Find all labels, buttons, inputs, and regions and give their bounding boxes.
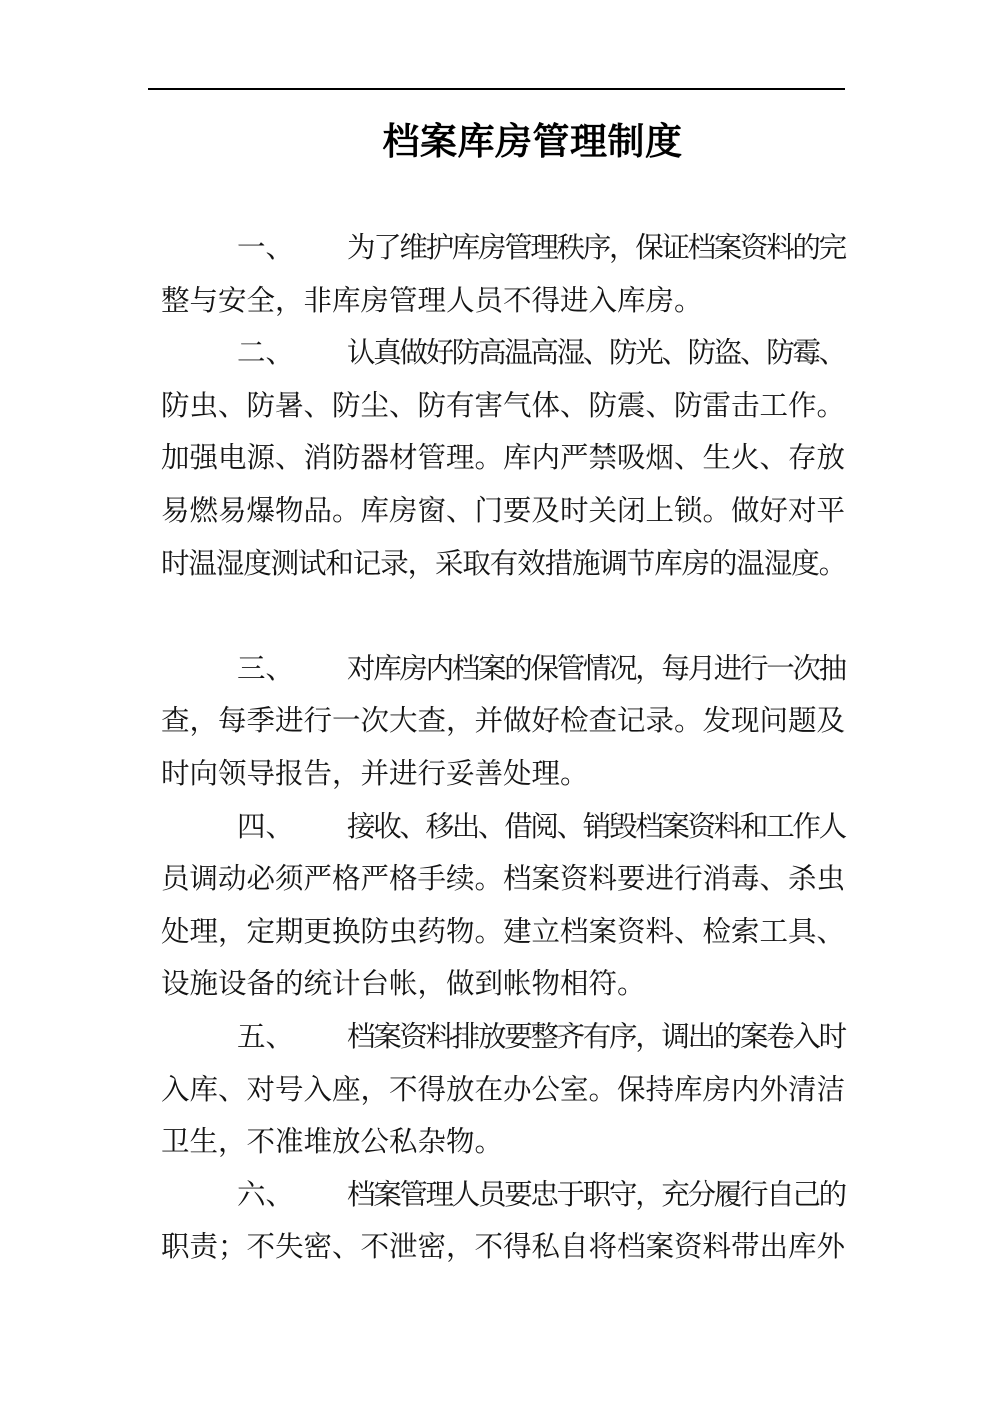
body-line: 五、档案资料排放要整齐有序，调出的案卷入时 xyxy=(161,1012,845,1065)
list-number: 三、 xyxy=(237,644,347,697)
body-line: 设施设备的统计台帐，做到帐物相符。 xyxy=(161,959,845,1012)
paragraph-4: 四、接收、移出、借阅、销毁档案资料和工作人 员调动必须严格严格手续。档案资料要进… xyxy=(161,802,845,1012)
body-line: 整与安全，非库房管理人员不得进入库房。 xyxy=(161,276,845,329)
body-line: 加强电源、消防器材管理。库内严禁吸烟、生火、存放 xyxy=(161,433,845,486)
first-line-text: 接收、移出、借阅、销毁档案资料和工作人 xyxy=(347,812,845,843)
body-line: 时向领导报告，并进行妥善处理。 xyxy=(161,749,845,802)
header-rule xyxy=(148,88,845,90)
body-line: 时温湿度测试和记录，采取有效措施调节库房的温湿度。 xyxy=(161,539,845,592)
paragraph-1: 一、为了维护库房管理秩序，保证档案资料的完 整与安全，非库房管理人员不得进入库房… xyxy=(161,223,845,328)
empty-line xyxy=(161,591,845,644)
paragraph-3: 三、对库房内档案的保管情况，每月进行一次抽 查，每季进行一次大查，并做好检查记录… xyxy=(161,644,845,802)
body-line: 卫生，不准堆放公私杂物。 xyxy=(161,1117,845,1170)
list-number: 二、 xyxy=(237,328,347,381)
first-line-text: 为了维护库房管理秩序，保证档案资料的完 xyxy=(347,233,845,264)
paragraph-2: 二、认真做好防高温高湿、防光、防盗、防霉、 防虫、防暑、防尘、防有害气体、防震、… xyxy=(161,328,845,591)
paragraph-5: 五、档案资料排放要整齐有序，调出的案卷入时 入库、对号入座，不得放在办公室。保持… xyxy=(161,1012,845,1170)
body-line: 六、档案管理人员要忠于职守，充分履行自己的 xyxy=(161,1170,845,1223)
body-line: 三、对库房内档案的保管情况，每月进行一次抽 xyxy=(161,644,845,697)
body-line: 防虫、防暑、防尘、防有害气体、防震、防雷击工作。 xyxy=(161,381,845,434)
body-line: 查，每季进行一次大查，并做好检查记录。发现问题及 xyxy=(161,696,845,749)
first-line-text: 对库房内档案的保管情况，每月进行一次抽 xyxy=(347,654,845,685)
document-page: 档案库房管理制度 一、为了维护库房管理秩序，保证档案资料的完 整与安全，非库房管… xyxy=(0,0,993,1404)
first-line-text: 档案管理人员要忠于职守，充分履行自己的 xyxy=(347,1180,845,1211)
list-number: 六、 xyxy=(237,1170,347,1223)
body-line: 四、接收、移出、借阅、销毁档案资料和工作人 xyxy=(161,802,845,855)
document-body: 一、为了维护库房管理秩序，保证档案资料的完 整与安全，非库房管理人员不得进入库房… xyxy=(161,223,845,1275)
body-line: 入库、对号入座，不得放在办公室。保持库房内外清洁 xyxy=(161,1065,845,1118)
paragraph-6: 六、档案管理人员要忠于职守，充分履行自己的 职责；不失密、不泄密，不得私自将档案… xyxy=(161,1170,845,1275)
first-line-text: 认真做好防高温高湿、防光、防盗、防霉、 xyxy=(347,338,845,369)
body-line: 处理，定期更换防虫药物。建立档案资料、检索工具、 xyxy=(161,907,845,960)
body-line: 二、认真做好防高温高湿、防光、防盗、防霉、 xyxy=(161,328,845,381)
list-number: 一、 xyxy=(237,223,347,276)
list-number: 五、 xyxy=(237,1012,347,1065)
document-title: 档案库房管理制度 xyxy=(0,118,993,166)
body-line: 一、为了维护库房管理秩序，保证档案资料的完 xyxy=(161,223,845,276)
body-line: 易燃易爆物品。库房窗、门要及时关闭上锁。做好对平 xyxy=(161,486,845,539)
body-line: 职责；不失密、不泄密，不得私自将档案资料带出库外 xyxy=(161,1222,845,1275)
first-line-text: 档案资料排放要整齐有序，调出的案卷入时 xyxy=(347,1022,845,1053)
body-line: 员调动必须严格严格手续。档案资料要进行消毒、杀虫 xyxy=(161,854,845,907)
list-number: 四、 xyxy=(237,802,347,855)
